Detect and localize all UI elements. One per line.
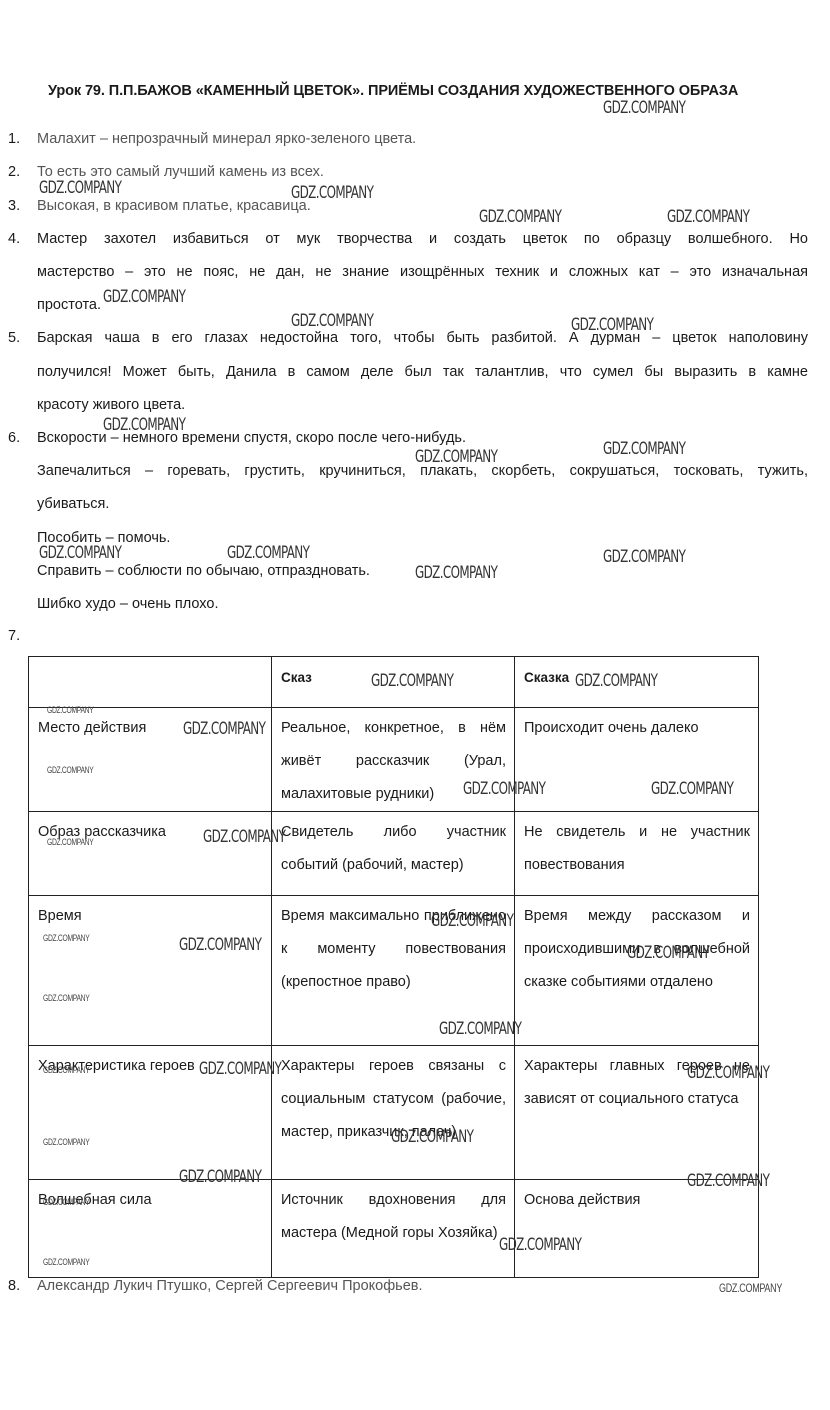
watermark: GDZ.COMPANY [463,779,545,799]
page-title: Урок 79. П.П.БАЖОВ «КАМЕННЫЙ ЦВЕТОК». ПР… [48,83,738,99]
watermark-small: GDZ.COMPANY [47,765,93,775]
watermark: GDZ.COMPANY [179,1167,261,1187]
watermark: GDZ.COMPANY [371,671,453,691]
watermark: GDZ.COMPANY [227,543,309,563]
watermark: GDZ.COMPANY [667,207,749,227]
table-cell-skaz: Свидетель либо участник событий (рабочий… [272,812,515,896]
watermark: GDZ.COMPANY [391,1127,473,1147]
watermark: GDZ.COMPANY [103,415,185,435]
answer-text: Малахит – непрозрачный минерал ярко-зеле… [37,131,808,147]
answer-text: Мастер захотел избавиться от мук творчес… [37,231,808,247]
item-number: 4. [8,231,20,247]
watermark-small: GDZ.COMPANY [47,705,93,715]
watermark: GDZ.COMPANY [199,1059,281,1079]
answer-text: То есть это самый лучший камень из всех. [37,164,808,180]
answer-text: Барская чаша в его глазах недостойна тог… [37,330,808,346]
watermark-small: GDZ.COMPANY [43,1137,89,1147]
answer-text: Александр Лукич Птушко, Сергей Сергеевич… [37,1278,808,1294]
answer-text: убиваться. [37,496,808,512]
watermark: GDZ.COMPANY [627,943,709,963]
watermark: GDZ.COMPANY [179,935,261,955]
answer-text: Пособить – помочь. [37,530,808,546]
table-row: Образ рассказчика Свидетель либо участни… [29,812,759,896]
table-cell-skazka: Основа действия [515,1180,759,1278]
item-number: 3. [8,198,20,214]
watermark-small: GDZ.COMPANY [47,837,93,847]
answer-text: получился! Может быть, Данила в самом де… [37,364,808,380]
watermark: GDZ.COMPANY [687,1063,769,1083]
watermark: GDZ.COMPANY [291,311,373,331]
watermark-small: GDZ.COMPANY [719,1281,782,1295]
answer-text: Шибко худо – очень плохо. [37,596,808,612]
table-row: Место действия Реальное, конкретное, в н… [29,708,759,812]
item-number: 7. [8,628,20,644]
answer-text: мастерство – это не пояс, не дан, не зна… [37,264,808,280]
watermark: GDZ.COMPANY [571,315,653,335]
item-number: 2. [8,164,20,180]
comparison-table: Сказ Сказка Место действия Реальное, кон… [28,656,759,1278]
watermark: GDZ.COMPANY [39,178,121,198]
watermark: GDZ.COMPANY [431,911,513,931]
table-row-label: Образ рассказчика [29,812,272,896]
watermark: GDZ.COMPANY [415,563,497,583]
watermark-small: GDZ.COMPANY [43,1197,89,1207]
watermark: GDZ.COMPANY [415,447,497,467]
watermark: GDZ.COMPANY [603,547,685,567]
watermark-small: GDZ.COMPANY [43,993,89,1003]
watermark: GDZ.COMPANY [651,779,733,799]
item-number: 8. [8,1278,20,1294]
watermark: GDZ.COMPANY [575,671,657,691]
watermark: GDZ.COMPANY [439,1019,521,1039]
table-row-label: Время [29,896,272,1046]
watermark: GDZ.COMPANY [39,543,121,563]
item-number: 6. [8,430,20,446]
table-row: Время Время максимально приближено к мом… [29,896,759,1046]
table-row: Волшебная сила Источник вдохновения для … [29,1180,759,1278]
watermark: GDZ.COMPANY [103,287,185,307]
table-cell-skaz: Источник вдохновения для мастера (Медной… [272,1180,515,1278]
table-cell-skaz: Характеры героев связаны с социальным ст… [272,1046,515,1180]
watermark: GDZ.COMPANY [603,98,685,118]
watermark: GDZ.COMPANY [291,183,373,203]
answer-text: красоту живого цвета. [37,397,808,413]
table-row: Характеристика героев Характеры героев с… [29,1046,759,1180]
watermark: GDZ.COMPANY [603,439,685,459]
watermark: GDZ.COMPANY [183,719,265,739]
watermark: GDZ.COMPANY [479,207,561,227]
watermark-small: GDZ.COMPANY [43,1065,89,1075]
table-cell-skazka: Время между рассказом и происходившими в… [515,896,759,1046]
table-header-cell [29,657,272,708]
item-number: 1. [8,131,20,147]
watermark: GDZ.COMPANY [203,827,285,847]
watermark-small: GDZ.COMPANY [43,1257,89,1267]
table-cell-skazka: Не свидетель и не участник повествования [515,812,759,896]
watermark: GDZ.COMPANY [499,1235,581,1255]
watermark: GDZ.COMPANY [687,1171,769,1191]
watermark-small: GDZ.COMPANY [43,933,89,943]
item-number: 5. [8,330,20,346]
